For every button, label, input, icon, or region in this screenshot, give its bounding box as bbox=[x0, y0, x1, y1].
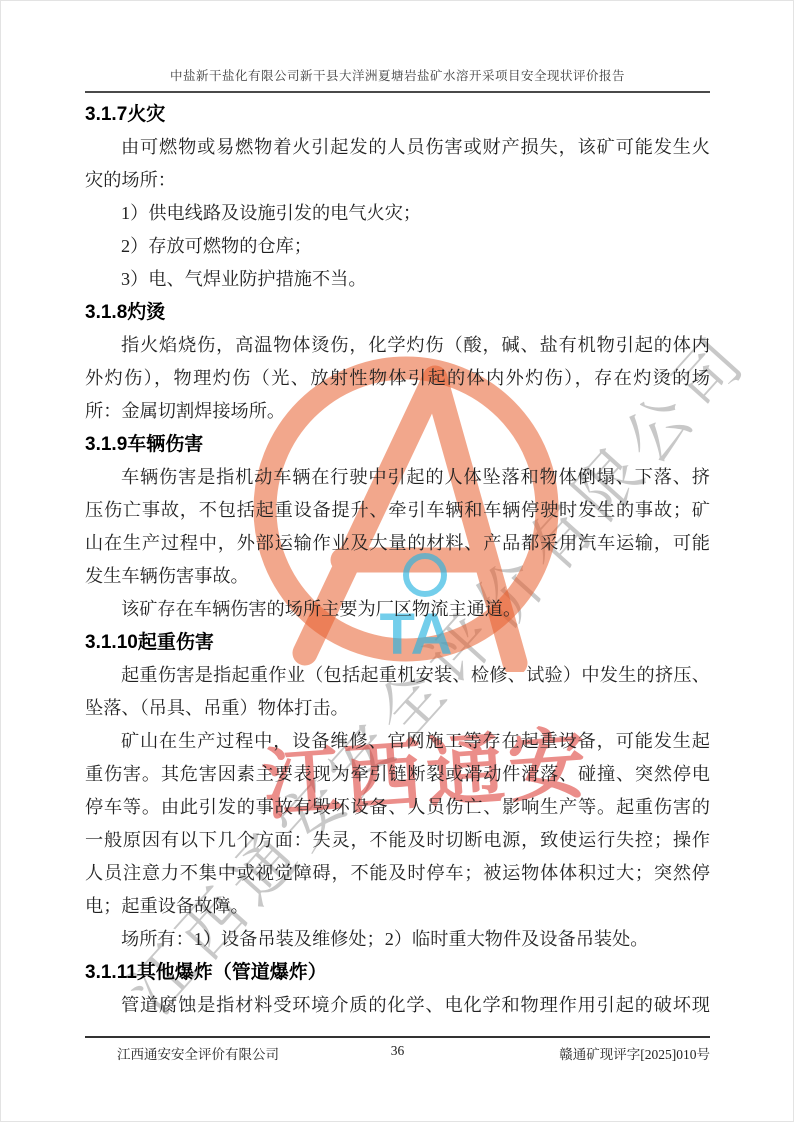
paragraph-line: 车辆伤害是指机动车辆在行驶中引起的人体坠落和物体倒塌、下落、挤 bbox=[85, 461, 710, 494]
section-heading: 3.1.8灼烫 bbox=[85, 296, 710, 329]
paragraph-line: 停车等。由此引发的事故有毁坏设备、人员伤亡、影响生产等。起重伤害的 bbox=[85, 791, 710, 824]
paragraph-line: 山在生产过程中，外部运输作业及大量的材料、产品都采用汽车运输，可能 bbox=[85, 527, 710, 560]
document-body: 3.1.7火灾由可燃物或易燃物着火引起发的人员伤害或财产损失，该矿可能发生火灾的… bbox=[85, 98, 710, 1022]
paragraph-line: 重伤害。其危害因素主要表现为牵引链断裂或滑动件滑落、碰撞、突然停电 bbox=[85, 758, 710, 791]
paragraph-line: 矿山在生产过程中，设备维修、官网施工等存在起重设备，可能发生起 bbox=[85, 725, 710, 758]
paragraph-line: 起重伤害是指起重作业（包括起重机安装、检修、试验）中发生的挤压、 bbox=[85, 659, 710, 692]
paragraph-line: 场所有：1）设备吊装及维修处；2）临时重大物件及设备吊装处。 bbox=[85, 923, 710, 956]
report-header: 中盐新干盐化有限公司新干县大洋洲夏塘岩盐矿水溶开采项目安全现状评价报告 bbox=[85, 66, 710, 93]
paragraph-line: 电；起重设备故障。 bbox=[85, 890, 710, 923]
paragraph-line: 一般原因有以下几个方面：失灵，不能及时切断电源，致使运行失控；操作 bbox=[85, 824, 710, 857]
document-page: 江西通安安全评价有限公司 TA 江西通安 中盐新干盐化有限公司新干县大洋洲夏塘岩… bbox=[0, 0, 794, 1122]
paragraph-line: 指火焰烧伤，高温物体烫伤，化学灼伤（酸，碱、盐有机物引起的体内 bbox=[85, 329, 710, 362]
paragraph-line: 所：金属切割焊接场所。 bbox=[85, 395, 710, 428]
paragraph-line: 人员注意力不集中或视觉障碍，不能及时停车；被运物体体积过大；突然停 bbox=[85, 857, 710, 890]
paragraph-line: 2）存放可燃物的仓库； bbox=[85, 230, 710, 263]
paragraph-line: 3）电、气焊业防护措施不当。 bbox=[85, 263, 710, 296]
paragraph-line: 灾的场所： bbox=[85, 164, 710, 197]
paragraph-line: 发生车辆伤害事故。 bbox=[85, 560, 710, 593]
paragraph-line: 该矿存在车辆伤害的场所主要为厂区物流主通道。 bbox=[85, 593, 710, 626]
paragraph-line: 外灼伤），物理灼伤（光、放射性物体引起的体内外灼伤），存在灼烫的场 bbox=[85, 362, 710, 395]
section-heading: 3.1.10起重伤害 bbox=[85, 626, 710, 659]
paragraph-line: 由可燃物或易燃物着火引起发的人员伤害或财产损失，该矿可能发生火 bbox=[85, 131, 710, 164]
paragraph-line: 坠落、（吊具、吊重）物体打击。 bbox=[85, 692, 710, 725]
footer-inner: 江西通安安全评价有限公司 36 赣通矿现评字[2025]010号 bbox=[85, 1038, 710, 1065]
page-footer: 江西通安安全评价有限公司 36 赣通矿现评字[2025]010号 bbox=[85, 1036, 710, 1065]
paragraph-line: 管道腐蚀是指材料受环境介质的化学、电化学和物理作用引起的破坏现 bbox=[85, 989, 710, 1022]
paragraph-line: 压伤亡事故，不包括起重设备提升、牵引车辆和车辆停驶时发生的事故；矿 bbox=[85, 494, 710, 527]
footer-doc-number: 赣通矿现评字[2025]010号 bbox=[559, 1043, 710, 1063]
section-heading: 3.1.9车辆伤害 bbox=[85, 428, 710, 461]
section-heading: 3.1.11其他爆炸（管道爆炸） bbox=[85, 956, 710, 989]
report-title: 中盐新干盐化有限公司新干县大洋洲夏塘岩盐矿水溶开采项目安全现状评价报告 bbox=[85, 66, 710, 84]
paragraph-line: 1）供电线路及设施引发的电气火灾； bbox=[85, 197, 710, 230]
section-heading: 3.1.7火灾 bbox=[85, 98, 710, 131]
